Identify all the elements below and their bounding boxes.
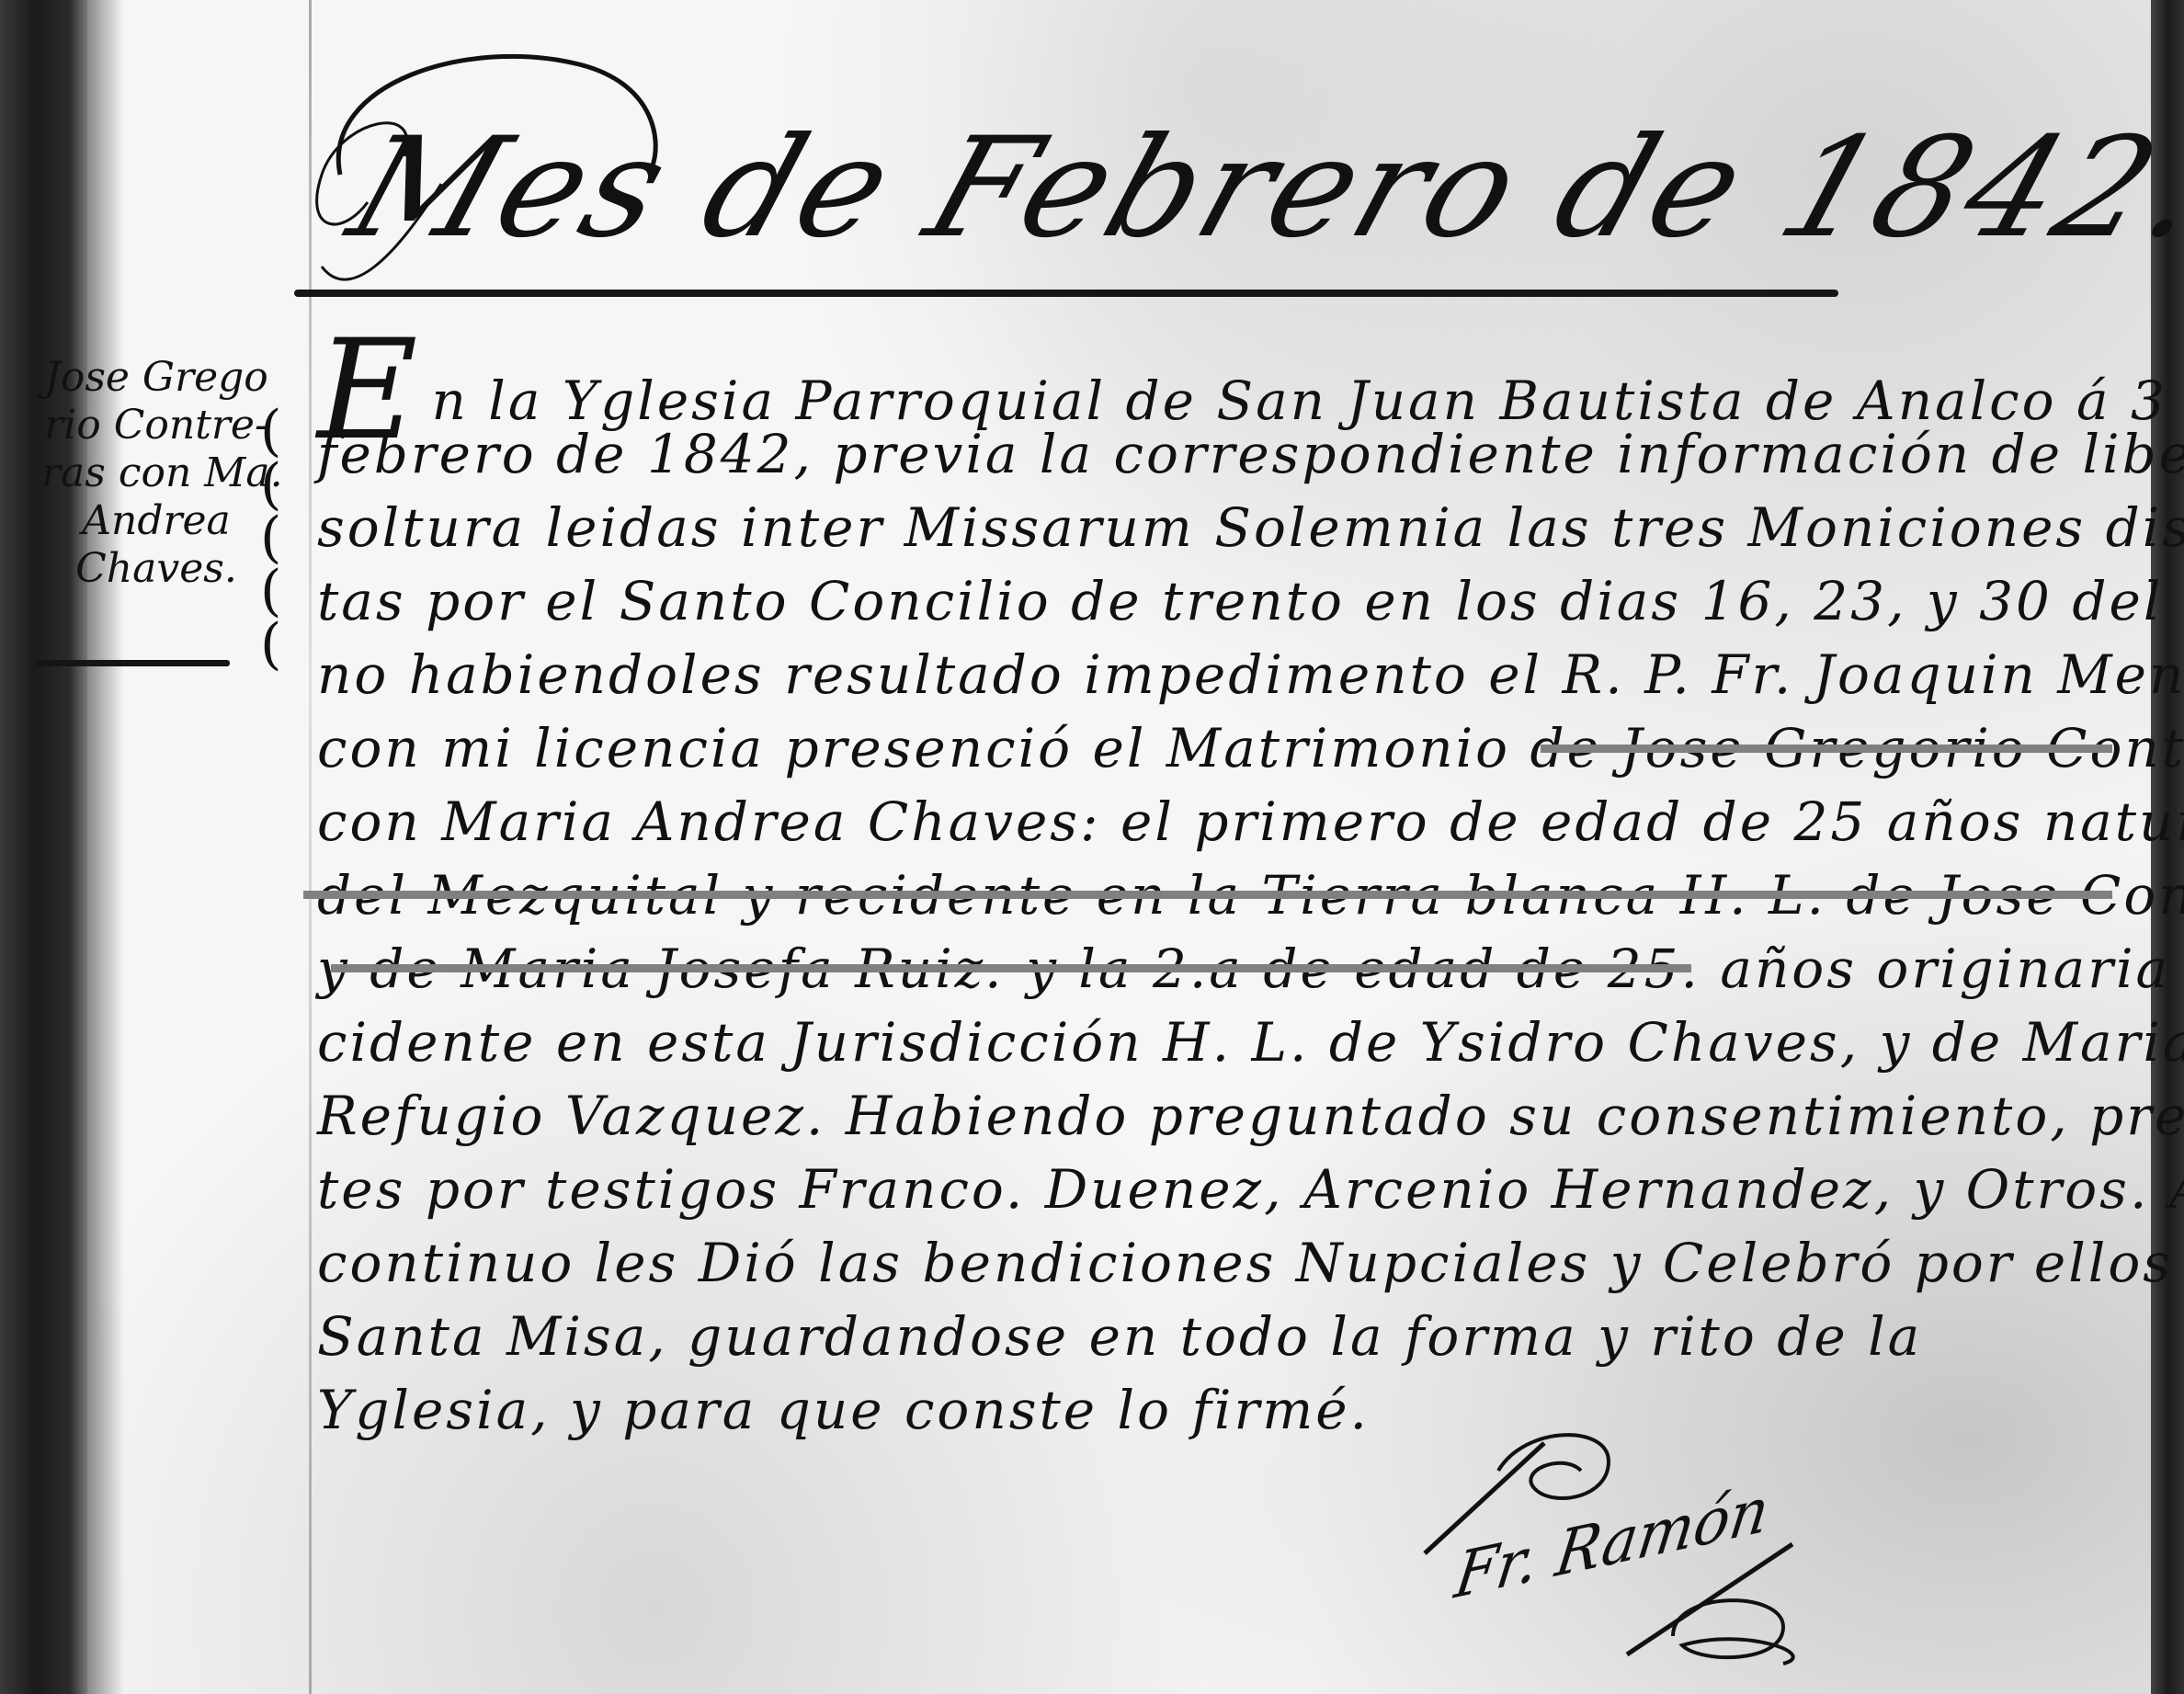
priest-signature: Fr. Ramón (1397, 1406, 1820, 1682)
margin-note-underline (37, 660, 230, 666)
entry-line: tes por testigos Franco. Duenez, Arcenio… (317, 1158, 2184, 1221)
brace-icon: ((((( (260, 404, 281, 671)
margin-note-line: Andrea (41, 497, 271, 545)
entry-line: febrero de 1842, previa la correspondien… (317, 423, 2184, 485)
left-edge-shadow (87, 0, 124, 1694)
margin-note-line: rio Contre- (41, 402, 271, 449)
highlight-bar-groom-mother (331, 964, 1691, 972)
margin-note-line: Jose Grego (41, 354, 271, 402)
left-binding-edge (0, 0, 87, 1694)
header-underline (294, 290, 1838, 297)
page-title: Mes de Febrero de 1842. (333, 110, 2184, 267)
highlight-bar-groom-origin (303, 891, 2112, 899)
entry-line: Refugio Vazquez. Habiendo preguntado su … (317, 1085, 2184, 1147)
entry-line: tas por el Santo Concilio de trento en l… (317, 570, 2184, 632)
entry-line: cidente en esta Jurisdicción H. L. de Ys… (317, 1011, 2184, 1074)
document-page: Mes de Febrero de 1842. Jose Grego rio C… (0, 0, 2184, 1694)
margin-note-line: Chaves. (41, 545, 271, 593)
entry-line: no habiendoles resultado impedimento el … (317, 643, 2184, 706)
margin-note: Jose Grego rio Contre- ras con Ma. Andre… (41, 354, 271, 593)
page-header: Mes de Febrero de 1842. (285, 28, 1848, 303)
highlight-bar-groom-name (1541, 745, 2112, 753)
entry-line: Yglesia, y para que conste lo firmé. (317, 1379, 1370, 1441)
entry-line: soltura leidas inter Missarum Solemnia l… (317, 496, 2184, 559)
margin-note-line: ras con Ma. (41, 449, 271, 497)
entry-line: Santa Misa, guardandose en todo la forma… (317, 1305, 1922, 1368)
entry-line: con Maria Andrea Chaves: el primero de e… (317, 790, 2184, 853)
entry-line: continuo les Dió las bendiciones Nupcial… (317, 1232, 2184, 1294)
